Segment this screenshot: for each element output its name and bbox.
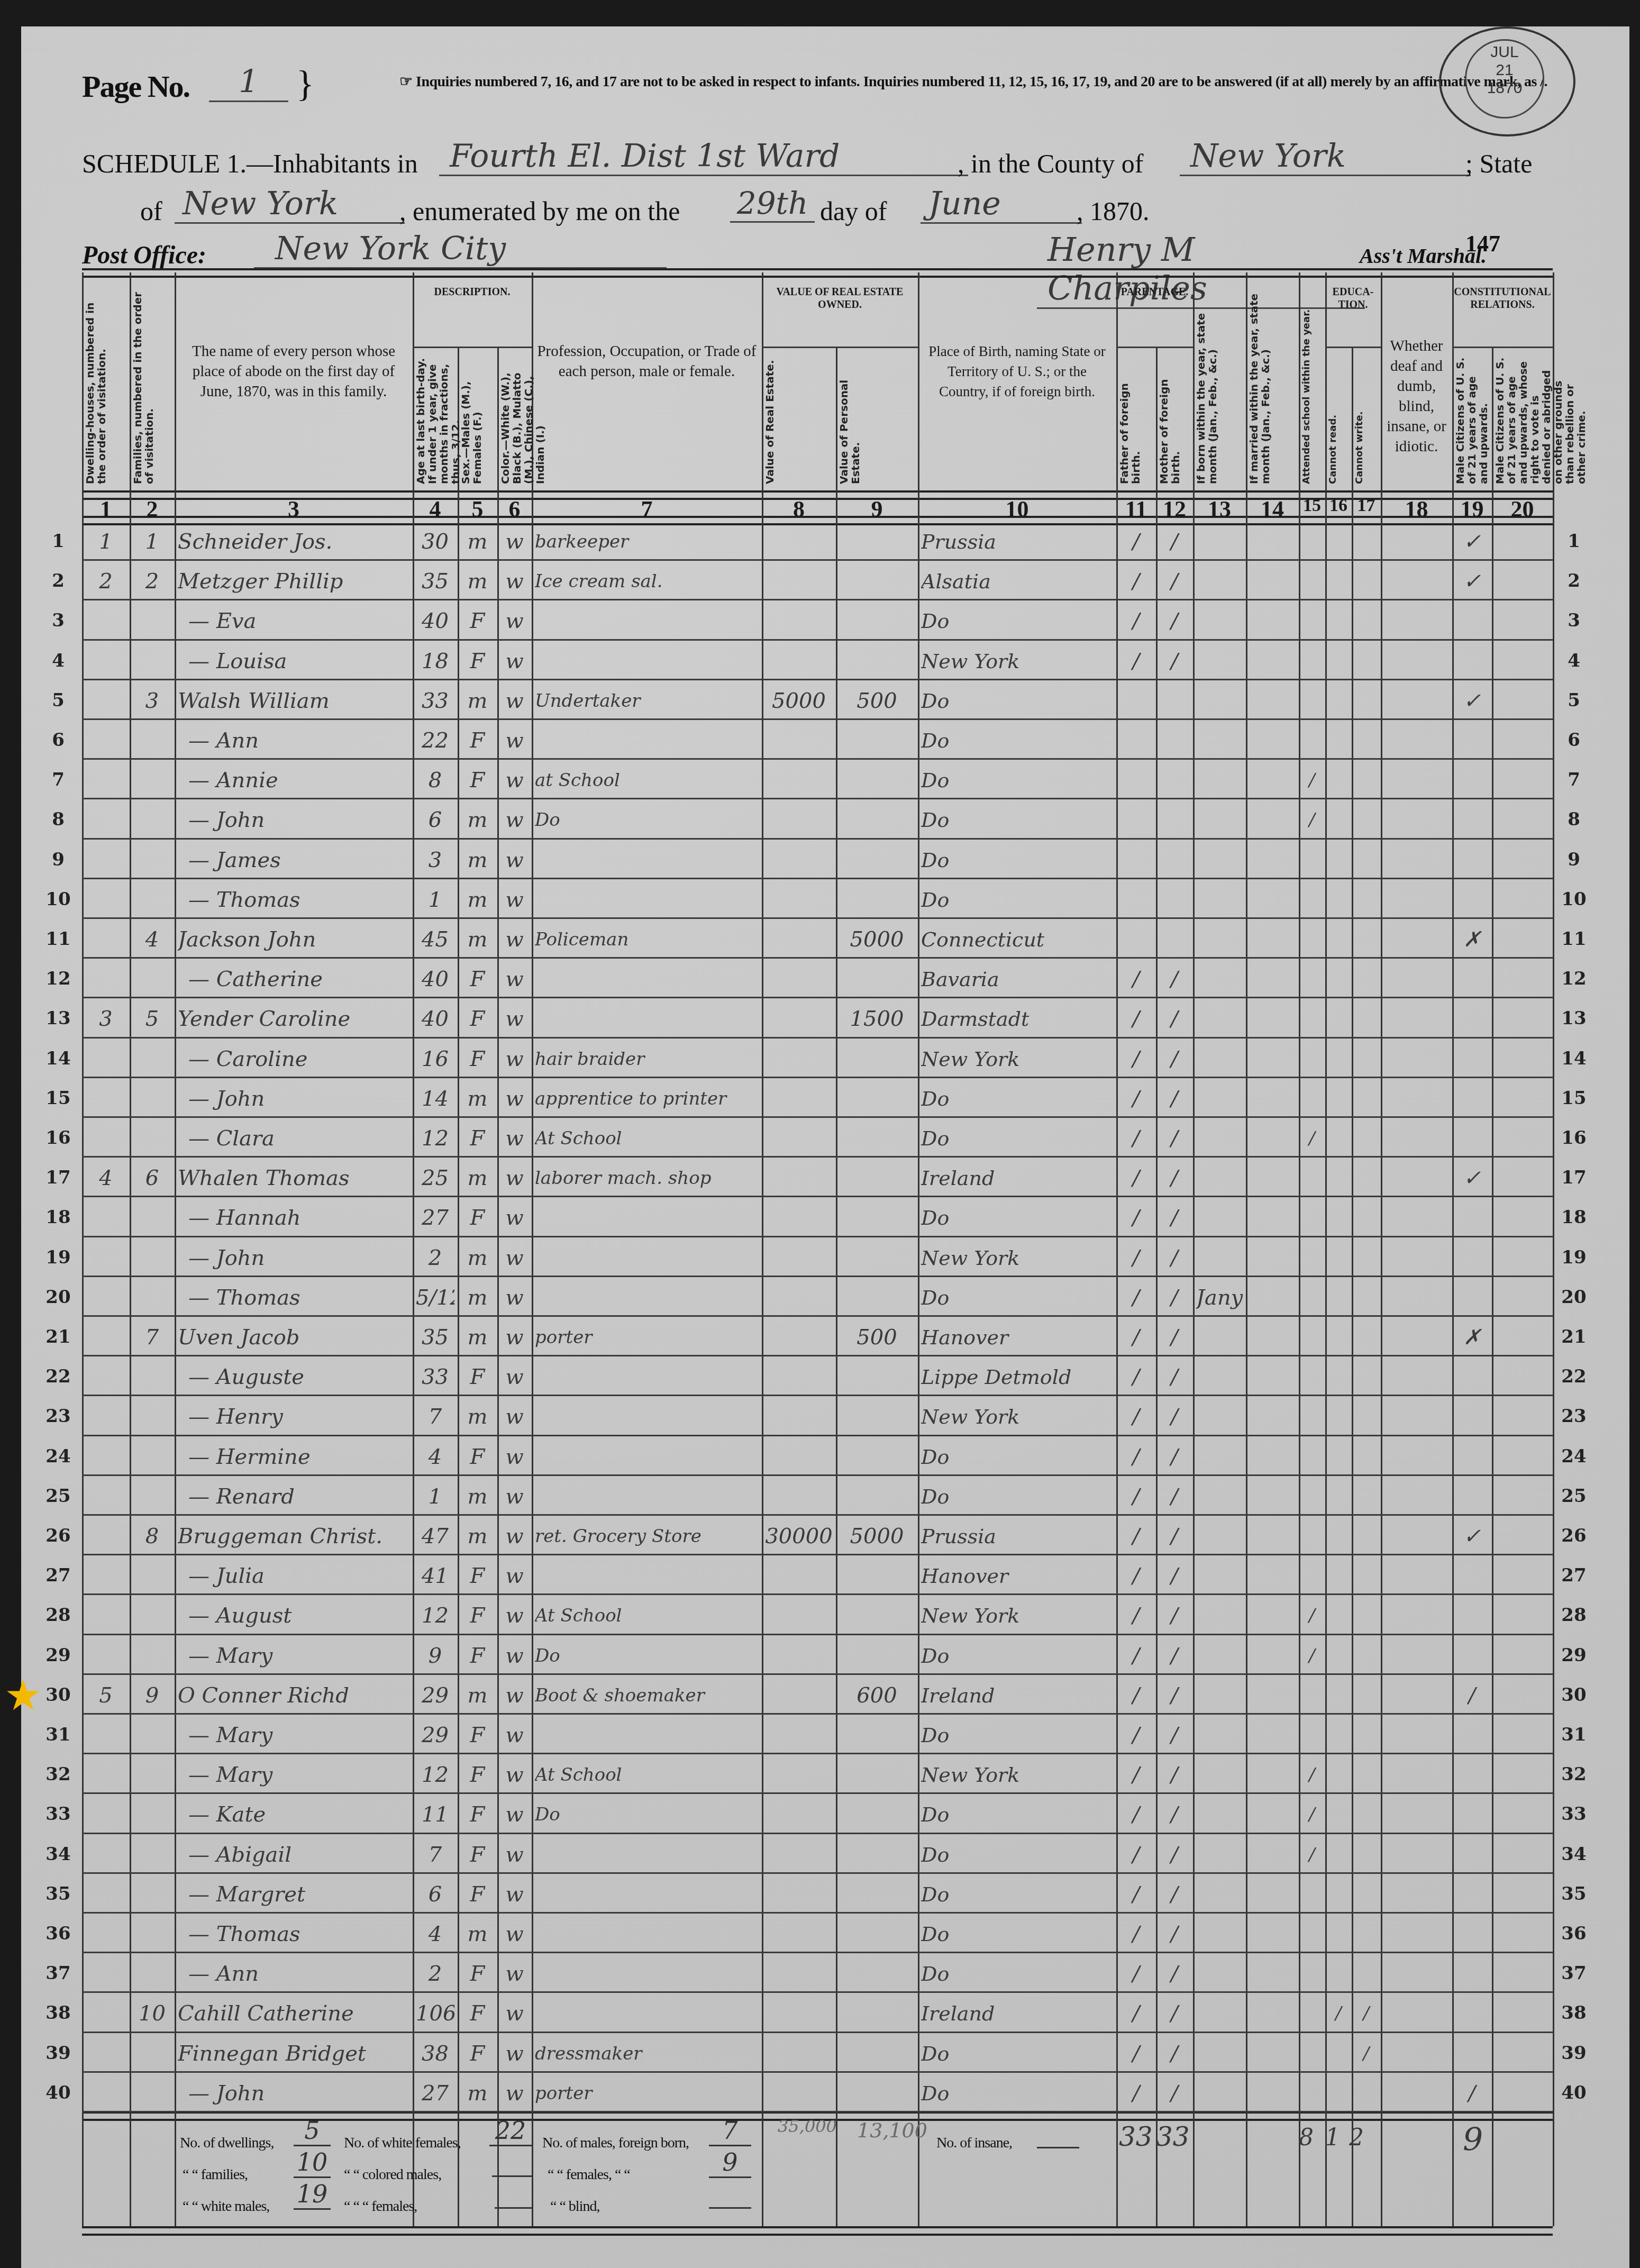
group-rule: [1452, 347, 1553, 348]
cell-col-3: — Thomas: [178, 1285, 420, 1311]
row-rule: [82, 838, 1553, 840]
column-header-14: If married within the year, state month …: [1248, 283, 1297, 484]
cell-col-10: Do: [921, 887, 1113, 913]
cell-col-5: F: [461, 1444, 494, 1470]
cell-col-4: 8: [416, 767, 454, 794]
cell-col-10: Ireland: [921, 2000, 1113, 2027]
row-number-left: 39: [42, 2043, 74, 2064]
cell-col-12: /: [1159, 1801, 1190, 1828]
cell-col-12: /: [1159, 2041, 1190, 2067]
cell-col-6: w: [500, 688, 529, 714]
cell-col-3: — Julia: [178, 1563, 420, 1589]
cell-col-3: Bruggeman Christ.: [178, 1523, 409, 1550]
cell-col-2: 7: [133, 1324, 171, 1351]
cell-col-7: Do: [535, 1643, 759, 1669]
cell-col-3: — John: [178, 1086, 420, 1112]
row-number-left: 20: [42, 1287, 74, 1308]
group-rule: [413, 347, 532, 348]
white-males-count: 19: [294, 2180, 331, 2210]
cell-col-6: w: [500, 926, 529, 953]
brace: }: [296, 63, 314, 106]
column-number-4: 4: [413, 496, 458, 523]
state-label: ; State: [1465, 148, 1532, 179]
cell-col-12: /: [1159, 1921, 1190, 1947]
cell-col-5: m: [461, 568, 494, 595]
row-number-left: 37: [42, 1963, 74, 1984]
row-number-right: 3: [1558, 610, 1590, 631]
county-field: New York: [1180, 138, 1471, 176]
row-number-left: 24: [42, 1446, 74, 1467]
cell-col-10: New York: [921, 1245, 1113, 1271]
row-rule: [82, 1952, 1553, 1953]
cell-col-12: /: [1159, 2080, 1190, 2107]
row-rule: [82, 1833, 1553, 1834]
column-header-6: Color.—White (W.), Black (B.), Mulatto (…: [499, 352, 530, 484]
row-number-left: 5: [42, 690, 74, 711]
row-number-left: 9: [42, 849, 74, 870]
cell-col-6: w: [500, 608, 529, 634]
cell-col-3: — Margret: [178, 1881, 420, 1908]
cell-col-6: w: [500, 1086, 529, 1112]
cell-col-15: /: [1302, 807, 1322, 833]
cell-col-10: Ireland: [921, 1165, 1113, 1191]
inquiries-note: ☞ Inquiries numbered 7, 16, and 17 are n…: [370, 73, 1577, 91]
cell-col-3: — Thomas: [178, 887, 420, 913]
column-rule: [130, 272, 131, 2226]
stamp-year: 1870: [1466, 79, 1543, 97]
cell-col-4: 40: [416, 966, 454, 992]
cell-col-11: /: [1119, 608, 1153, 634]
cell-col-1: 2: [85, 568, 126, 595]
row-number-left: 35: [42, 1883, 74, 1905]
cell-col-15: /: [1302, 1643, 1322, 1669]
cell-col-12: /: [1159, 1563, 1190, 1589]
column-rule: [1246, 272, 1247, 2226]
row-number-right: 18: [1558, 1207, 1590, 1228]
column-number-15: 15: [1299, 496, 1325, 516]
cell-col-3: — Thomas: [178, 1921, 420, 1947]
cell-col-7: Boot & shoemaker: [535, 1682, 759, 1709]
row-number-right: 14: [1558, 1048, 1590, 1069]
cell-col-12: /: [1159, 1483, 1190, 1510]
cell-col-4: 3: [416, 847, 454, 873]
cell-col-4: 7: [416, 1842, 454, 1868]
cell-col-7: hair braider: [535, 1046, 759, 1072]
cell-col-17: /: [1355, 2041, 1378, 2067]
cell-col-7: Undertaker: [535, 688, 759, 714]
row-rule: [82, 1156, 1553, 1158]
cell-col-10: Do: [921, 608, 1113, 634]
cell-col-4: 2: [416, 1961, 454, 1987]
cell-col-6: w: [500, 2000, 529, 2027]
cell-col-12: /: [1159, 1324, 1190, 1351]
cell-col-10: Prussia: [921, 1523, 1113, 1550]
cell-col-8: 5000: [765, 688, 833, 714]
row-rule: [82, 559, 1553, 561]
cell-col-6: w: [500, 1245, 529, 1271]
column-rule: [1452, 272, 1454, 2226]
column-rule: [836, 347, 837, 2226]
cell-col-7: Do: [535, 1801, 759, 1828]
month-field: June: [921, 185, 1082, 224]
column-header-7: Profession, Occupation, or Trade of each…: [535, 341, 759, 381]
cell-col-12: /: [1159, 568, 1190, 595]
cell-col-2: 9: [133, 1682, 171, 1709]
row-number-left: 28: [42, 1605, 74, 1626]
row-number-left: 26: [42, 1525, 74, 1546]
cell-col-3: Metzger Phillip: [178, 568, 409, 595]
cell-col-8: 30000: [765, 1523, 833, 1550]
cell-col-11: /: [1119, 1881, 1153, 1908]
cell-col-5: m: [461, 1165, 494, 1191]
cell-col-5: m: [461, 529, 494, 555]
cell-col-9: 600: [839, 1682, 915, 1709]
cell-col-15: /: [1302, 1842, 1322, 1868]
cell-col-4: 6: [416, 1881, 454, 1908]
cell-col-3: — Mary: [178, 1762, 420, 1788]
cell-col-3: — Caroline: [178, 1046, 420, 1072]
cell-col-4: 1: [416, 887, 454, 913]
cell-col-13: Jany: [1196, 1285, 1243, 1311]
row-rule: [82, 1713, 1553, 1715]
group-real-estate: VALUE OF REAL ESTATE OWNED.: [762, 286, 918, 311]
cell-col-19: ✓: [1455, 688, 1489, 714]
cell-col-6: w: [500, 767, 529, 794]
cell-col-10: Do: [921, 1921, 1113, 1947]
row-number-right: 21: [1558, 1326, 1590, 1347]
cell-col-10: Do: [921, 807, 1113, 833]
column-number-9: 9: [836, 496, 918, 523]
group-rule: [1116, 347, 1193, 348]
group-parentage: PARENTAGE.: [1116, 286, 1193, 298]
cell-col-3: — John: [178, 2080, 420, 2107]
cell-col-7: ret. Grocery Store: [535, 1523, 759, 1550]
cell-col-11: /: [1119, 1643, 1153, 1669]
cell-col-10: Hanover: [921, 1563, 1113, 1589]
column-number-1: 1: [82, 496, 130, 523]
row-rule: [82, 2032, 1553, 2033]
row-number-right: 7: [1558, 769, 1590, 790]
cell-col-10: Do: [921, 1444, 1113, 1470]
row-rule: [82, 2111, 1553, 2112]
total-cannot-read: 1: [1325, 2124, 1340, 2151]
cell-col-11: /: [1119, 2000, 1153, 2027]
cell-col-10: Do: [921, 847, 1113, 873]
cell-col-3: — Eva: [178, 608, 420, 634]
cell-col-10: Do: [921, 1842, 1113, 1868]
cell-col-11: /: [1119, 1404, 1153, 1430]
row-number-left: 21: [42, 1326, 74, 1347]
cell-col-3: — Catherine: [178, 966, 420, 992]
double-rule: [82, 268, 1553, 278]
cell-col-12: /: [1159, 608, 1190, 634]
row-number-left: 7: [42, 769, 74, 790]
row-rule: [82, 758, 1553, 760]
cell-col-6: w: [500, 727, 529, 754]
cell-col-4: 12: [416, 1602, 454, 1629]
cell-col-10: Alsatia: [921, 568, 1113, 595]
insane-count: [1037, 2127, 1079, 2148]
cell-col-4: 33: [416, 688, 454, 714]
column-rule: [1381, 272, 1382, 2226]
cell-col-12: /: [1159, 1762, 1190, 1788]
cell-col-10: Do: [921, 2080, 1113, 2107]
row-number-right: 35: [1558, 1883, 1590, 1905]
cell-col-2: 1: [133, 529, 171, 555]
cell-col-10: Do: [921, 1722, 1113, 1748]
cell-col-10: New York: [921, 1046, 1113, 1072]
cell-col-9: 5000: [839, 926, 915, 953]
column-rule: [918, 272, 919, 2226]
column-header-2: Families, numbered in the order of visit…: [132, 283, 172, 484]
white-females-count: 22: [489, 2116, 532, 2146]
cell-col-3: — Hannah: [178, 1205, 420, 1231]
cell-col-1: 1: [85, 529, 126, 555]
row-number-left: 1: [42, 531, 74, 552]
row-number-right: 12: [1558, 968, 1590, 989]
row-rule: [82, 1474, 1553, 1476]
cell-col-4: 33: [416, 1364, 454, 1390]
total-attended-school: 8: [1299, 2124, 1314, 2151]
row-number-left: 23: [42, 1406, 74, 1427]
sheet-number: 147: [1465, 230, 1500, 257]
cell-col-11: /: [1119, 1842, 1153, 1868]
column-rule: [762, 272, 763, 2226]
cell-col-10: Ireland: [921, 1682, 1113, 1709]
cell-col-6: w: [500, 1444, 529, 1470]
cell-col-5: m: [461, 1483, 494, 1510]
cell-col-12: /: [1159, 1602, 1190, 1629]
cell-col-5: F: [461, 648, 494, 675]
cell-col-3: — Ann: [178, 727, 420, 754]
column-number-13: 13: [1193, 496, 1246, 523]
cell-col-19: /: [1455, 1682, 1489, 1709]
stamp-month: JUL: [1466, 43, 1543, 61]
row-number-right: 23: [1558, 1406, 1590, 1427]
cell-col-11: /: [1119, 1921, 1153, 1947]
column-number-8: 8: [762, 496, 836, 523]
cell-col-4: 29: [416, 1722, 454, 1748]
row-number-right: 10: [1558, 889, 1590, 910]
cell-col-4: 4: [416, 1444, 454, 1470]
cell-col-5: m: [461, 688, 494, 714]
cell-col-2: 3: [133, 688, 171, 714]
cell-col-11: /: [1119, 1563, 1153, 1589]
row-number-right: 28: [1558, 1605, 1590, 1626]
row-number-left: 30: [42, 1684, 74, 1706]
cell-col-11: /: [1119, 2041, 1153, 2067]
colored-females-label: “ “ “ females,: [344, 2198, 417, 2215]
cell-col-6: w: [500, 1285, 529, 1311]
cell-col-19: ✓: [1455, 1523, 1489, 1550]
cell-col-6: w: [500, 1602, 529, 1629]
cell-col-7: at School: [535, 767, 759, 794]
column-header-18: Whether deaf and dumb, blind, insane, or…: [1384, 336, 1449, 457]
cell-col-19: ✗: [1455, 926, 1489, 953]
district-field: Fourth El. Dist 1st Ward: [439, 138, 968, 176]
column-header-20: Male Citizens of U. S. of 21 years of ag…: [1494, 352, 1551, 484]
cell-col-11: /: [1119, 1682, 1153, 1709]
cell-col-9: 500: [839, 688, 915, 714]
families-count: 10: [294, 2148, 331, 2178]
cell-col-5: F: [461, 1881, 494, 1908]
cell-col-19: ✗: [1455, 1324, 1489, 1351]
row-number-right: 38: [1558, 2002, 1590, 2024]
cell-col-4: 12: [416, 1125, 454, 1152]
cell-col-4: 45: [416, 926, 454, 953]
cell-col-4: 2: [416, 1245, 454, 1271]
cell-col-10: Do: [921, 1125, 1113, 1152]
column-rule: [1116, 272, 1118, 2226]
row-number-left: 11: [42, 928, 74, 950]
year-label: , 1870.: [1077, 196, 1150, 226]
total-mother-foreign: 33: [1156, 2121, 1190, 2152]
column-header-9: Value of Personal Estate.: [838, 352, 916, 484]
day-of-label: day of: [820, 196, 887, 226]
column-header-12: Mother of foreign birth.: [1158, 352, 1191, 484]
cell-col-5: F: [461, 1563, 494, 1589]
cell-col-11: /: [1119, 1762, 1153, 1788]
row-number-right: 32: [1558, 1764, 1590, 1785]
group-rule: [762, 347, 918, 348]
cell-col-6: w: [500, 2041, 529, 2067]
cell-col-5: F: [461, 1125, 494, 1152]
column-header-1: Dwelling-houses, numbered in the order o…: [84, 283, 127, 484]
cell-col-11: /: [1119, 1165, 1153, 1191]
column-rule: [1352, 347, 1353, 2226]
row-number-right: 11: [1558, 928, 1590, 950]
post-office-label: Post Office:: [82, 241, 206, 270]
cell-col-3: — Mary: [178, 1643, 420, 1669]
column-number-20: 20: [1492, 496, 1553, 523]
cell-col-12: /: [1159, 648, 1190, 675]
cell-col-19: /: [1455, 2080, 1489, 2107]
column-number-3: 3: [175, 496, 413, 523]
row-rule: [82, 997, 1553, 998]
cell-col-11: /: [1119, 1523, 1153, 1550]
cell-col-5: F: [461, 2041, 494, 2067]
row-rule: [82, 1435, 1553, 1436]
cell-col-12: /: [1159, 1682, 1190, 1709]
cell-col-6: w: [500, 1523, 529, 1550]
row-number-right: 36: [1558, 1923, 1590, 1944]
column-rule: [497, 347, 499, 2226]
group-rule: [1325, 347, 1381, 348]
cell-col-5: m: [461, 2080, 494, 2107]
cell-col-12: /: [1159, 1404, 1190, 1430]
column-rule: [1325, 272, 1327, 2226]
row-number-right: 34: [1558, 1844, 1590, 1865]
row-rule: [82, 1753, 1553, 1754]
cell-col-4: 9: [416, 1643, 454, 1669]
males-foreign-count: 7: [709, 2116, 751, 2146]
row-rule: [82, 798, 1553, 799]
cell-col-15: /: [1302, 1602, 1322, 1629]
column-header-4: Age at last birth-day. If under 1 year, …: [415, 352, 455, 484]
cell-col-10: Do: [921, 1881, 1113, 1908]
cell-col-10: New York: [921, 648, 1113, 675]
cell-col-11: /: [1119, 2080, 1153, 2107]
cell-col-6: w: [500, 2080, 529, 2107]
column-header-19: Male Citizens of U. S. of 21 years of ag…: [1454, 352, 1490, 484]
row-number-left: 38: [42, 2002, 74, 2024]
cell-col-1: 5: [85, 1682, 126, 1709]
county-label: , in the County of: [958, 148, 1143, 179]
cell-col-7: porter: [535, 2080, 759, 2107]
white-females-label: No. of white females,: [344, 2135, 461, 2152]
column-rule: [1492, 347, 1493, 2226]
cell-col-5: m: [461, 1523, 494, 1550]
cell-col-5: m: [461, 1921, 494, 1947]
row-number-right: 22: [1558, 1366, 1590, 1387]
cell-col-10: Do: [921, 1285, 1113, 1311]
column-rule: [532, 272, 533, 2226]
cell-col-2: 6: [133, 1165, 171, 1191]
column-number-6: 6: [497, 496, 532, 523]
dwellings-label: No. of dwellings,: [180, 2135, 274, 2152]
cell-col-5: F: [461, 1602, 494, 1629]
column-number-19: 19: [1452, 496, 1492, 523]
row-rule: [82, 1792, 1553, 1794]
cell-col-12: /: [1159, 1205, 1190, 1231]
cell-col-11: /: [1119, 1205, 1153, 1231]
colored-females-count: [495, 2180, 532, 2209]
column-rule: [175, 272, 176, 2226]
cell-col-12: /: [1159, 1086, 1190, 1112]
cell-col-19: ✓: [1455, 1165, 1489, 1191]
row-number-left: 32: [42, 1764, 74, 1785]
dwellings-count: 5: [294, 2116, 331, 2146]
row-rule: [82, 1355, 1553, 1356]
females-foreign-label: “ “ females, “ “: [548, 2166, 630, 2183]
row-number-right: 2: [1558, 570, 1590, 591]
cell-col-4: 106: [416, 2000, 454, 2027]
cell-col-2: 10: [133, 2000, 171, 2027]
cell-col-9: 1500: [839, 1006, 915, 1032]
row-number-right: 8: [1558, 809, 1590, 830]
cell-col-5: F: [461, 1643, 494, 1669]
column-rule: [458, 347, 459, 2226]
row-number-left: 13: [42, 1008, 74, 1029]
cell-col-9: 500: [839, 1324, 915, 1351]
row-number-left: 14: [42, 1048, 74, 1069]
cell-col-12: /: [1159, 1006, 1190, 1032]
blind-count: [709, 2180, 751, 2209]
row-number-right: 4: [1558, 650, 1590, 671]
cell-col-10: Do: [921, 1643, 1113, 1669]
cell-col-11: /: [1119, 1801, 1153, 1828]
enumerated-label: , enumerated by me on the: [399, 196, 680, 226]
cell-col-3: — John: [178, 807, 420, 833]
cell-col-16: /: [1328, 2000, 1349, 2027]
row-number-left: 27: [42, 1565, 74, 1586]
total-father-foreign: 33: [1119, 2121, 1153, 2152]
cell-col-12: /: [1159, 529, 1190, 555]
row-number-left: 4: [42, 650, 74, 671]
cell-col-6: w: [500, 648, 529, 675]
column-header-15: Attended school within the year.: [1301, 283, 1323, 484]
cell-col-6: w: [500, 887, 529, 913]
cell-col-10: Do: [921, 1801, 1113, 1828]
cell-col-3: O Conner Richd: [178, 1682, 409, 1709]
cell-col-12: /: [1159, 1165, 1190, 1191]
white-males-label: “ “ white males,: [183, 2198, 269, 2215]
row-number-left: 8: [42, 809, 74, 830]
insane-label: No. of insane,: [936, 2135, 1012, 2152]
cell-col-3: Schneider Jos.: [178, 529, 409, 555]
cell-col-5: m: [461, 1285, 494, 1311]
row-rule: [82, 1116, 1553, 1118]
